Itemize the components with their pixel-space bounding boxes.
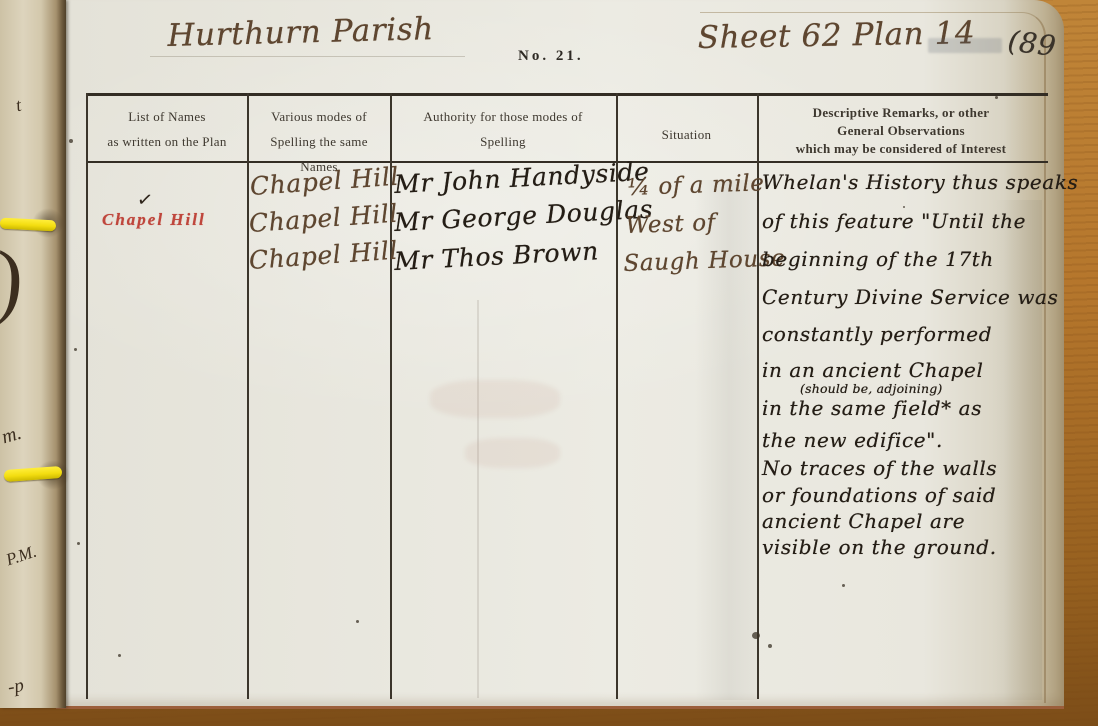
remark-line: ancient Chapel are: [762, 509, 1048, 533]
ink-speck: [768, 644, 772, 648]
remark-interline-note: (should be, adjoining): [800, 381, 942, 396]
ink-speck: [903, 206, 905, 208]
page-number: (89: [1006, 24, 1058, 63]
previous-page-edge: t ) m. P.M. -p: [0, 0, 66, 708]
remark-line: the new edifice".: [762, 428, 1048, 452]
margin-writing-fragment: m.: [0, 422, 24, 449]
ink-speck: [69, 139, 73, 143]
column-header-situation: Situation: [619, 122, 754, 147]
column-header-names: List of Names as written on the Plan: [90, 104, 244, 154]
remark-line: No traces of the walls: [762, 456, 1048, 480]
ink-bleed-line: [477, 300, 479, 698]
remark-line: constantly performed: [762, 322, 1048, 346]
margin-writing-fragment: ): [0, 231, 27, 330]
ink-speck: [842, 584, 845, 587]
remark-line: visible on the ground.: [762, 535, 1048, 559]
column-header-authority: Authority for those modes of Spelling: [393, 104, 613, 154]
remark-line: or foundations of said: [762, 483, 1048, 507]
scanned-name-book-page: t ) m. P.M. -p Hurthurn Parish No. 21. S…: [0, 0, 1098, 726]
situation-line: West of: [625, 210, 716, 239]
table-top-rule: [86, 93, 1048, 96]
remark-line: in the same field* as: [762, 396, 1048, 420]
column-header-remarks: Descriptive Remarks, or other General Ob…: [760, 104, 1042, 158]
remark-line: in an ancient Chapel: [762, 358, 1048, 382]
situation-line: ¼ of a mile: [627, 170, 765, 201]
check-mark: ✓: [135, 188, 154, 213]
ink-speck: [995, 96, 998, 99]
ink-show-through: [430, 380, 560, 418]
remark-line: Century Divine Service was: [762, 285, 1048, 309]
parish-title: Hurthurn Parish: [167, 11, 434, 54]
header-rule: [150, 56, 465, 57]
table-border-left: [86, 93, 88, 699]
remark-line: Whelan's History thus speaks: [762, 170, 1048, 194]
ink-blot: [752, 632, 760, 639]
ink-speck: [77, 542, 80, 545]
remark-line: beginning of the 17th: [762, 247, 1048, 271]
ink-speck: [118, 654, 121, 657]
name-on-plan-stamp: Chapel Hill: [102, 210, 206, 230]
column-divider: [247, 93, 249, 699]
faint-ink-stamp: [928, 38, 1002, 53]
form-number: No. 21.: [518, 48, 584, 65]
ink-show-through: [465, 438, 560, 468]
margin-writing-fragment: -p: [6, 675, 25, 699]
ink-speck: [74, 348, 77, 351]
margin-writing-fragment: P.M.: [4, 542, 40, 571]
remark-line: of this feature "Until the: [762, 209, 1048, 233]
margin-writing-fragment: t: [14, 95, 23, 117]
ink-speck: [356, 620, 359, 623]
